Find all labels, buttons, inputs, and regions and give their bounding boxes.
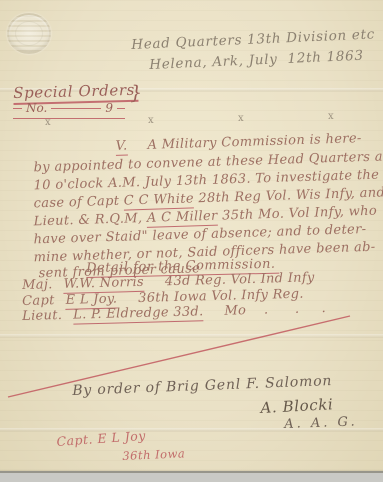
- order-number-value: 9: [105, 101, 113, 115]
- detail-rank: Lieut.: [22, 308, 62, 326]
- red-dash: [51, 108, 101, 109]
- order-number-row: No. 9: [13, 101, 125, 119]
- signature-title: A. A. G.: [284, 414, 358, 432]
- embossed-seal: [7, 13, 51, 54]
- order-number-label: No.: [26, 101, 47, 115]
- header-line-2: Helena, Ark, July 12th 1863: [149, 48, 364, 73]
- red-dash: [13, 108, 22, 109]
- scan-edge: [0, 471, 383, 482]
- closing-by-order: By order of Brig Genl F. Salomon: [72, 373, 333, 399]
- detail-unit: Mo . . .: [224, 301, 326, 321]
- paper-crease: [0, 334, 383, 338]
- document-scan: Head Quarters 13th Division etc Helena, …: [0, 0, 383, 482]
- docket-note-line-2: 36th Iowa: [122, 446, 186, 463]
- embossed-seal-inner-ring: [15, 21, 43, 46]
- signature: A. Blocki: [260, 395, 334, 417]
- detail-name: L. P. Eldredge 33d.: [73, 304, 204, 324]
- red-dash: [117, 108, 125, 109]
- special-orders-brace: }: [130, 82, 143, 104]
